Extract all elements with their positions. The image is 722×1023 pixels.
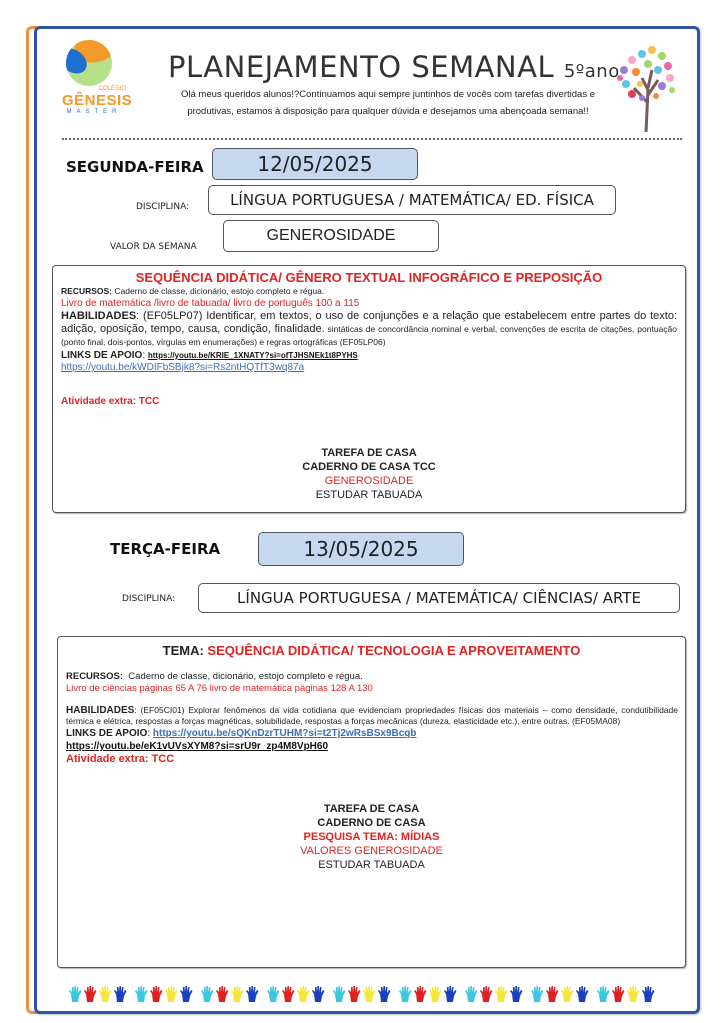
hands-border-decoration [68, 985, 668, 1005]
header-divider [62, 138, 682, 140]
hand-icon [398, 985, 413, 1003]
hand-icon [134, 985, 149, 1003]
hand-icon [560, 985, 575, 1003]
resources-label: RECURSOS: [66, 671, 123, 682]
homework-line: ESTUDAR TABUADA [58, 858, 685, 872]
hand-icon [443, 985, 458, 1003]
skills-line: HABILIDADES: (EF05LP07) Identificar, em … [61, 310, 677, 349]
hand-icon [200, 985, 215, 1003]
hand-icon [362, 985, 377, 1003]
hand-icon [428, 985, 443, 1003]
logo-emblem-icon [66, 40, 112, 86]
skills-label: HABILIDADES [61, 310, 136, 322]
hand-icon [641, 985, 656, 1003]
skills-line: HABILIDADES: (EF05CI01) Explorar fenômen… [66, 705, 678, 727]
tuesday-homework: TAREFA DE CASA CADERNO DE CASA PESQUISA … [58, 802, 685, 872]
books-line: Livro de matemática /livro de tabuada/ l… [61, 297, 677, 310]
homework-line: ESTUDAR TABUADA [53, 488, 685, 502]
books-line: Livro de ciências páginas 65 A 76 livro … [66, 683, 678, 695]
discipline-label-monday: DISCIPLINA: [136, 202, 189, 212]
support-link-1[interactable]: https://youtu.be/KRIE_1XNATY?si=ofTJHSNE… [148, 351, 358, 360]
colorful-tree-icon [612, 40, 680, 132]
hand-icon [596, 985, 611, 1003]
day-label-tuesday: TERÇA-FEIRA [110, 540, 220, 558]
theme-text: SEQUÊNCIA DIDÁTICA/ TECNOLOGIA E APROVEI… [207, 643, 580, 658]
homework-line: CADERNO DE CASA TCC [53, 460, 685, 474]
logo-tagline: MASTER [62, 109, 126, 115]
hand-icon [149, 985, 164, 1003]
homework-line: VALORES GENEROSIDADE [58, 844, 685, 858]
homework-line: GENEROSIDADE [53, 474, 685, 488]
hand-icon [281, 985, 296, 1003]
homework-line: TAREFA DE CASA [53, 446, 685, 460]
hand-icon [626, 985, 641, 1003]
extra-activity: Atividade extra: TCC [61, 396, 677, 407]
hand-icon [413, 985, 428, 1003]
links-label: LINKS DE APOIO [61, 350, 142, 361]
resources-text: Caderno de classe, dicionário, estojo co… [114, 286, 324, 296]
hand-icon [494, 985, 509, 1003]
title-text: PLANEJAMENTO SEMANAL [168, 50, 554, 84]
hand-icon [68, 985, 83, 1003]
hand-icon [530, 985, 545, 1003]
hand-icon [377, 985, 392, 1003]
monday-homework: TAREFA DE CASA CADERNO DE CASA TCC GENER… [53, 446, 685, 502]
links-line: LINKS DE APOIO: https://youtu.be/sQKnDzr… [66, 727, 678, 740]
hand-icon [347, 985, 362, 1003]
hand-icon [164, 985, 179, 1003]
theme-label: TEMA: [163, 643, 204, 658]
value-label: VALOR DA SEMANA [110, 242, 197, 252]
hand-icon [545, 985, 560, 1003]
hand-icon [83, 985, 98, 1003]
discipline-label-tuesday: DISCIPLINA: [122, 594, 175, 604]
hand-icon [332, 985, 347, 1003]
homework-line: TAREFA DE CASA [58, 802, 685, 816]
resources-line: RECURSOS: Caderno de classe, dicionário,… [66, 671, 678, 683]
skills-text: : (EF05CI01) Explorar fenômenos da vida … [66, 705, 678, 726]
homework-line: CADERNO DE CASA [58, 816, 685, 830]
hand-icon [98, 985, 113, 1003]
support-link-2[interactable]: https://youtu.be/kWDIFbSBjk8?si=Rs2ntHQT… [61, 362, 677, 374]
hand-icon [311, 985, 326, 1003]
discipline-box-tuesday: LÍNGUA PORTUGUESA / MATEMÁTICA/ CIÊNCIAS… [198, 583, 680, 613]
support-link-1[interactable]: https://youtu.be/sQKnDzrTUHM?si=t2Tj2wRs… [153, 728, 417, 739]
discipline-box-monday: LÍNGUA PORTUGUESA / MATEMÁTICA/ ED. FÍSI… [208, 185, 616, 215]
resources-label: RECURSOS: [61, 286, 112, 296]
hand-icon [266, 985, 281, 1003]
hand-icon [464, 985, 479, 1003]
hand-icon [479, 985, 494, 1003]
links-line: LINKS DE APOIO: https://youtu.be/KRIE_1X… [61, 349, 677, 362]
monday-panel-heading: SEQUÊNCIA DIDÁTICA/ GÊNERO TEXTUAL INFOG… [53, 270, 685, 285]
date-box-monday: 12/05/2025 [212, 148, 418, 180]
intro-message: Olá meus queridos alunos!?Continuamos aq… [168, 86, 608, 120]
support-link-2[interactable]: https://youtu.be/eK1vUVsXYM8?si=srU9r_zp… [66, 740, 678, 753]
logo-name: GÊNESIS [62, 92, 126, 109]
tuesday-panel-heading: TEMA: SEQUÊNCIA DIDÁTICA/ TECNOLOGIA E A… [58, 643, 685, 658]
tuesday-panel: TEMA: SEQUÊNCIA DIDÁTICA/ TECNOLOGIA E A… [57, 636, 686, 968]
monday-panel: SEQUÊNCIA DIDÁTICA/ GÊNERO TEXTUAL INFOG… [52, 265, 686, 513]
hand-icon [509, 985, 524, 1003]
day-label-monday: SEGUNDA-FEIRA [66, 158, 204, 176]
hand-icon [215, 985, 230, 1003]
hand-icon [179, 985, 194, 1003]
skills-label: HABILIDADES [66, 705, 134, 716]
extra-activity: Atividade extra: TCC [66, 753, 678, 766]
links-label: LINKS DE APOIO [66, 728, 147, 739]
hand-icon [575, 985, 590, 1003]
page-title: PLANEJAMENTO SEMANAL 5ºano [168, 50, 620, 84]
value-box: GENEROSIDADE [223, 220, 439, 252]
school-logo: COLÉGIO GÊNESIS MASTER [62, 40, 132, 125]
hand-icon [113, 985, 128, 1003]
hand-icon [230, 985, 245, 1003]
date-box-tuesday: 13/05/2025 [258, 532, 464, 566]
hand-icon [245, 985, 260, 1003]
resources-line: RECURSOS: Caderno de classe, dicionário,… [61, 286, 677, 297]
hand-icon [296, 985, 311, 1003]
resources-text: Caderno de classe, dicionário, estojo co… [128, 671, 362, 682]
homework-line: PESQUISA TEMA: MÍDIAS [58, 830, 685, 844]
hand-icon [611, 985, 626, 1003]
